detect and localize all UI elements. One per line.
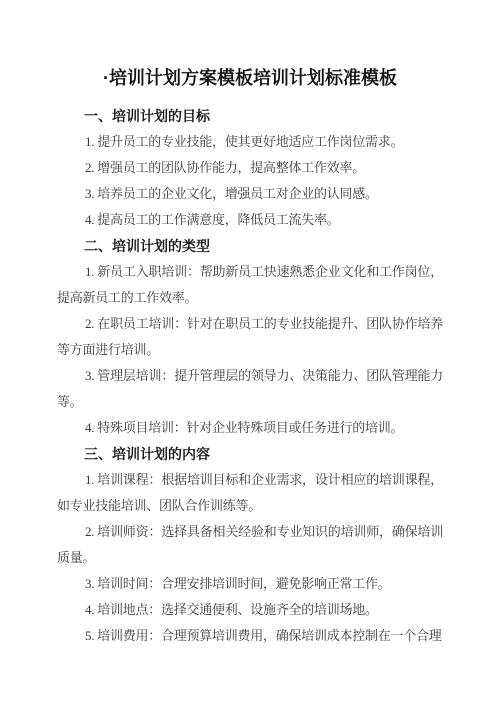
document-page: ·培训计划方案模板培训计划标准模板 一、培训计划的目标1. 提升员工的专业技能，… [0,0,500,707]
paragraph: 3. 培养员工的企业文化，增强员工对企业的认同感。 [57,181,443,207]
paragraph: 1. 提升员工的专业技能，使其更好地适应工作岗位需求。 [57,129,443,155]
paragraph: 4. 特殊项目培训：针对企业特殊项目或任务进行的培训。 [57,415,443,441]
paragraph: 4. 培训地点：选择交通便利、设施齐全的培训场地。 [57,597,443,623]
paragraph: 2. 培训师资：选择具备相关经验和专业知识的培训师，确保培训质量。 [57,519,443,571]
paragraph: 3. 培训时间：合理安排培训时间，避免影响正常工作。 [57,571,443,597]
paragraph: 2. 在职员工培训：针对在职员工的专业技能提升、团队协作培养等方面进行培训。 [57,311,443,363]
paragraph: 1. 培训课程：根据培训目标和企业需求，设计相应的培训课程，如专业技能培训、团队… [57,467,443,519]
section-heading: 二、培训计划的类型 [57,233,443,259]
paragraph: 2. 增强员工的团队协作能力，提高整体工作效率。 [57,155,443,181]
paragraph: 3. 管理层培训：提升管理层的领导力、决策能力、团队管理能力等。 [57,363,443,415]
paragraph: 4. 提高员工的工作满意度，降低员工流失率。 [57,207,443,233]
paragraph: 5. 培训费用：合理预算培训费用，确保培训成本控制在一个合理 [57,623,443,649]
paragraph: 1. 新员工入职培训：帮助新员工快速熟悉企业文化和工作岗位，提高新员工的工作效率… [57,259,443,311]
document-body: 一、培训计划的目标1. 提升员工的专业技能，使其更好地适应工作岗位需求。2. 增… [57,103,443,649]
section-heading: 一、培训计划的目标 [57,103,443,129]
section-heading: 三、培训计划的内容 [57,441,443,467]
document-title: ·培训计划方案模板培训计划标准模板 [57,66,443,90]
